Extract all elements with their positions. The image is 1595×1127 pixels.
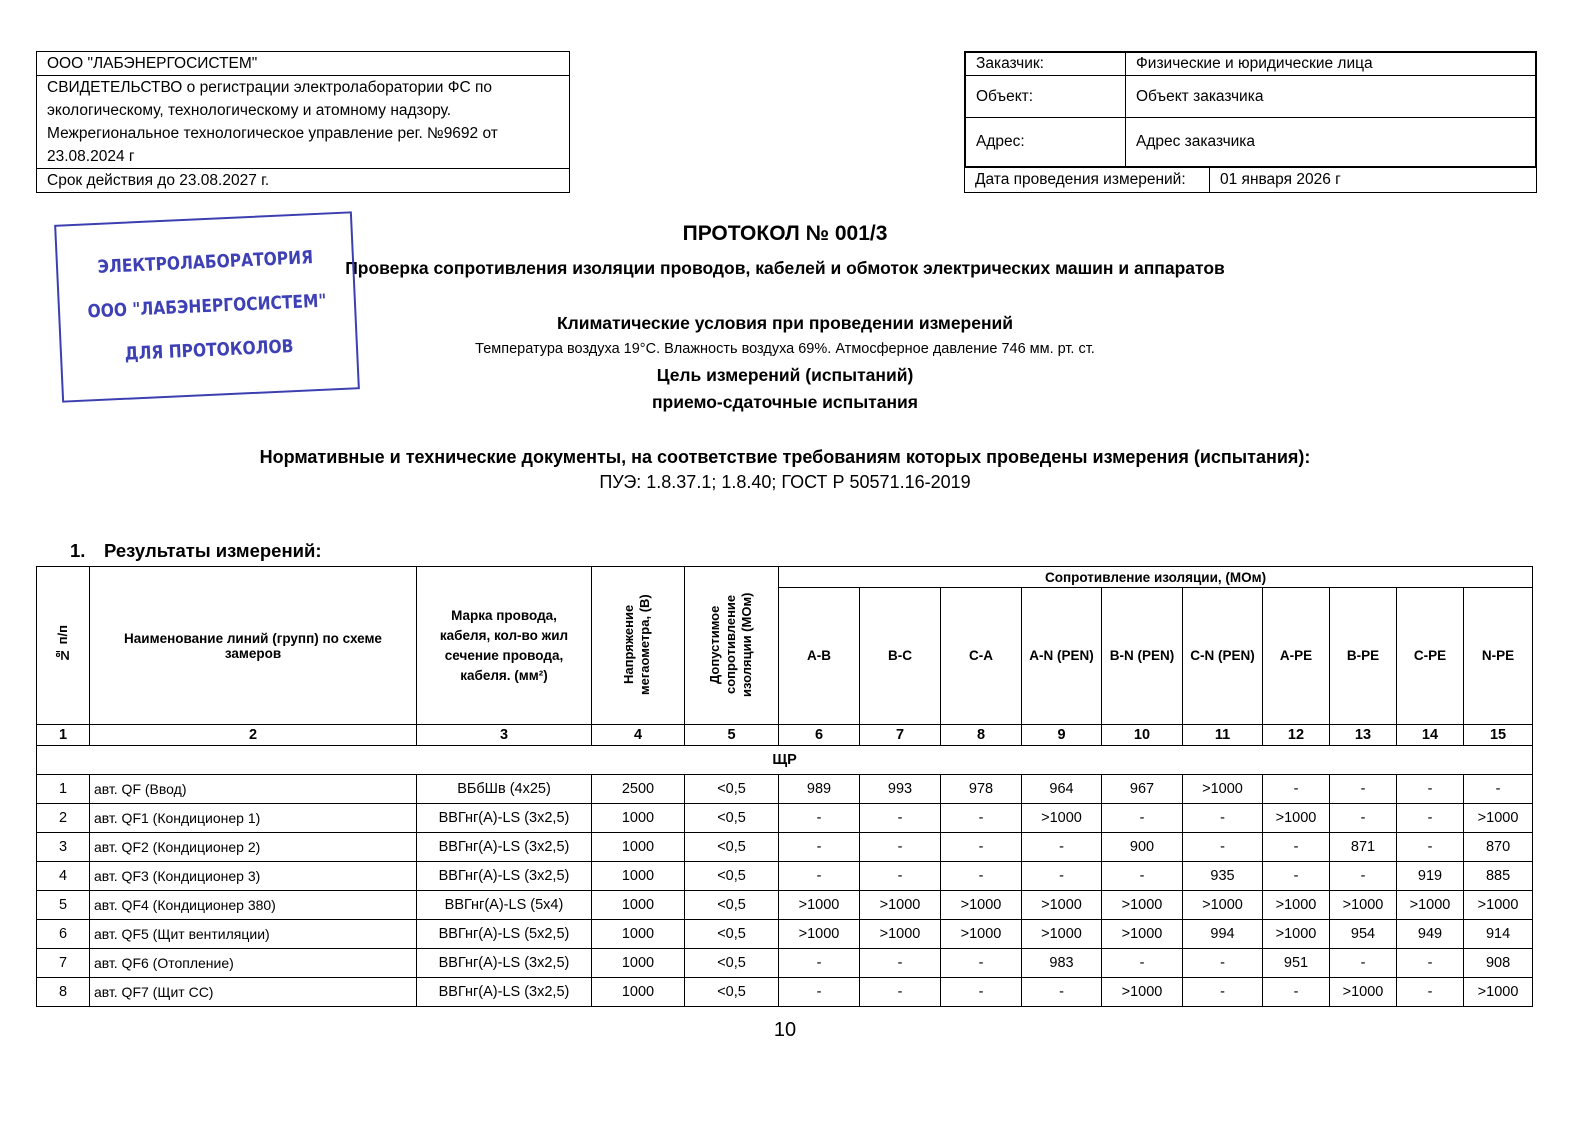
- resistance-value: -: [1263, 978, 1330, 1007]
- resistance-value: -: [860, 949, 941, 978]
- resistance-value: -: [779, 804, 860, 833]
- table-row: 2авт. QF1 (Кондиционер 1)ВВГнг(А)-LS (3х…: [37, 804, 1533, 833]
- normative-heading: Нормативные и технические документы, на …: [0, 447, 1570, 468]
- group-label: ЩР: [37, 746, 1533, 775]
- normative-text: ПУЭ: 1.8.37.1; 1.8.40; ГОСТ Р 50571.16-2…: [0, 472, 1570, 493]
- line-name: авт. QF (Ввод): [90, 775, 417, 804]
- resistance-value: >1000: [1263, 891, 1330, 920]
- resistance-value: -: [779, 978, 860, 1007]
- resistance-value: -: [1330, 775, 1397, 804]
- resistance-value: 908: [1464, 949, 1533, 978]
- org-certificate: СВИДЕТЕЛЬСТВО о регистрации электролабор…: [37, 75, 569, 168]
- customer-value: Физические и юридические лица: [1126, 53, 1536, 76]
- line-name: авт. QF6 (Отопление): [90, 949, 417, 978]
- resistance-value: -: [1022, 833, 1102, 862]
- resistance-value: >1000: [1022, 920, 1102, 949]
- column-number: 11: [1183, 725, 1263, 746]
- header-phase: A-PE: [1263, 588, 1330, 725]
- resistance-value: >1000: [1102, 920, 1183, 949]
- line-name: авт. QF5 (Щит вентиляции): [90, 920, 417, 949]
- megohmmeter-voltage: 1000: [592, 920, 685, 949]
- row-number: 8: [37, 978, 90, 1007]
- org-name: ООО "ЛАБЭНЕРГОСИСТЕМ": [37, 52, 569, 75]
- resistance-value: >1000: [1263, 804, 1330, 833]
- resistance-value: -: [1330, 949, 1397, 978]
- header-phase: C-PE: [1397, 588, 1464, 725]
- resistance-value: -: [1397, 775, 1464, 804]
- column-number: 14: [1397, 725, 1464, 746]
- resistance-value: -: [1263, 775, 1330, 804]
- header-phase: B-C: [860, 588, 941, 725]
- resistance-value: -: [779, 862, 860, 891]
- column-number: 2: [90, 725, 417, 746]
- row-number: 2: [37, 804, 90, 833]
- allowed-resistance: <0,5: [685, 804, 779, 833]
- cable-brand: ВВГнг(А)-LS (5х2,5): [417, 920, 592, 949]
- column-number: 3: [417, 725, 592, 746]
- resistance-value: -: [1397, 804, 1464, 833]
- cable-brand: ВБбШв (4х25): [417, 775, 592, 804]
- line-name: авт. QF4 (Кондиционер 380): [90, 891, 417, 920]
- resistance-value: 951: [1263, 949, 1330, 978]
- cable-brand: ВВГнг(А)-LS (3х2,5): [417, 978, 592, 1007]
- resistance-value: 994: [1183, 920, 1263, 949]
- resistance-value: >1000: [1464, 804, 1533, 833]
- org-validity: Срок действия до 23.08.2027 г.: [37, 168, 569, 192]
- section-number: 1.: [70, 540, 104, 562]
- resistance-value: >1000: [1263, 920, 1330, 949]
- resistance-value: -: [941, 978, 1022, 1007]
- address-value: Адрес заказчика: [1126, 118, 1536, 167]
- resistance-value: -: [1102, 862, 1183, 891]
- resistance-value: 900: [1102, 833, 1183, 862]
- resistance-value: >1000: [779, 920, 860, 949]
- megohmmeter-voltage: 1000: [592, 804, 685, 833]
- header-phase: N-PE: [1464, 588, 1533, 725]
- resistance-value: -: [1397, 949, 1464, 978]
- row-number: 7: [37, 949, 90, 978]
- table-row: 3авт. QF2 (Кондиционер 2)ВВГнг(А)-LS (3х…: [37, 833, 1533, 862]
- resistance-value: >1000: [1022, 891, 1102, 920]
- header-phase: A-N (PEN): [1022, 588, 1102, 725]
- organization-info-box: ООО "ЛАБЭНЕРГОСИСТЕМ" СВИДЕТЕЛЬСТВО о ре…: [36, 51, 570, 193]
- resistance-value: -: [941, 949, 1022, 978]
- section-title-text: Результаты измерений:: [104, 540, 322, 561]
- resistance-value: >1000: [779, 891, 860, 920]
- allowed-resistance: <0,5: [685, 978, 779, 1007]
- resistance-value: >1000: [1330, 891, 1397, 920]
- allowed-resistance: <0,5: [685, 920, 779, 949]
- date-value: 01 января 2026 г: [1210, 171, 1351, 189]
- resistance-value: -: [779, 949, 860, 978]
- resistance-value: -: [1464, 775, 1533, 804]
- column-number: 7: [860, 725, 941, 746]
- resistance-value: 919: [1397, 862, 1464, 891]
- resistance-value: 935: [1183, 862, 1263, 891]
- row-number: 3: [37, 833, 90, 862]
- allowed-resistance: <0,5: [685, 833, 779, 862]
- resistance-value: -: [1183, 978, 1263, 1007]
- allowed-resistance: <0,5: [685, 862, 779, 891]
- resistance-value: 885: [1464, 862, 1533, 891]
- header-phase: C-A: [941, 588, 1022, 725]
- cable-brand: ВВГнг(А)-LS (3х2,5): [417, 833, 592, 862]
- resistance-value: >1000: [1397, 891, 1464, 920]
- resistance-value: -: [941, 862, 1022, 891]
- resistance-value: -: [1330, 862, 1397, 891]
- cable-brand: ВВГнг(А)-LS (5х4): [417, 891, 592, 920]
- header-phase: B-PE: [1330, 588, 1397, 725]
- date-label: Дата проведения измерений:: [965, 168, 1210, 192]
- goal-text: приемо-сдаточные испытания: [0, 392, 1570, 413]
- page-number: 10: [0, 1019, 1570, 1042]
- resistance-value: >1000: [860, 920, 941, 949]
- cable-brand: ВВГнг(А)-LS (3х2,5): [417, 804, 592, 833]
- resistance-value: >1000: [941, 920, 1022, 949]
- resistance-value: >1000: [860, 891, 941, 920]
- object-label: Объект:: [966, 76, 1126, 118]
- header-resistance-group: Сопротивление изоляции, (МОм): [779, 567, 1533, 588]
- resistance-value: >1000: [1330, 978, 1397, 1007]
- column-number: 8: [941, 725, 1022, 746]
- resistance-value: >1000: [1102, 891, 1183, 920]
- header-phase: C-N (PEN): [1183, 588, 1263, 725]
- megohmmeter-voltage: 1000: [592, 978, 685, 1007]
- resistance-value: -: [1183, 949, 1263, 978]
- resistance-value: -: [860, 862, 941, 891]
- allowed-resistance: <0,5: [685, 775, 779, 804]
- resistance-value: 967: [1102, 775, 1183, 804]
- column-number: 13: [1330, 725, 1397, 746]
- line-name: авт. QF3 (Кондиционер 3): [90, 862, 417, 891]
- megohmmeter-voltage: 1000: [592, 949, 685, 978]
- table-row: 7авт. QF6 (Отопление)ВВГнг(А)-LS (3х2,5)…: [37, 949, 1533, 978]
- resistance-value: 989: [779, 775, 860, 804]
- resistance-value: -: [1263, 862, 1330, 891]
- resistance-value: -: [1397, 978, 1464, 1007]
- resistance-value: >1000: [941, 891, 1022, 920]
- row-number: 5: [37, 891, 90, 920]
- header-phase: A-B: [779, 588, 860, 725]
- laboratory-stamp: ЭЛЕКТРОЛАБОРАТОРИЯ ООО "ЛАБЭНЕРГОСИСТЕМ"…: [54, 211, 360, 402]
- header-allowed-resistance: Допустимое сопротивление изоляции (МОм): [685, 567, 779, 725]
- megohmmeter-voltage: 2500: [592, 775, 685, 804]
- column-number: 9: [1022, 725, 1102, 746]
- table-row: 1авт. QF (Ввод)ВБбШв (4х25)2500<0,598999…: [37, 775, 1533, 804]
- allowed-resistance: <0,5: [685, 949, 779, 978]
- column-number: 15: [1464, 725, 1533, 746]
- table-row: 6авт. QF5 (Щит вентиляции)ВВГнг(А)-LS (5…: [37, 920, 1533, 949]
- resistance-value: -: [1263, 833, 1330, 862]
- address-label: Адрес:: [966, 118, 1126, 167]
- object-value: Объект заказчика: [1126, 76, 1536, 118]
- resistance-value: -: [1022, 978, 1102, 1007]
- resistance-value: -: [1397, 833, 1464, 862]
- resistance-value: 964: [1022, 775, 1102, 804]
- resistance-value: 871: [1330, 833, 1397, 862]
- resistance-value: >1000: [1022, 804, 1102, 833]
- resistance-value: 949: [1397, 920, 1464, 949]
- table-row: 8авт. QF7 (Щит СС)ВВГнг(А)-LS (3х2,5)100…: [37, 978, 1533, 1007]
- column-number: 12: [1263, 725, 1330, 746]
- resistance-value: -: [1330, 804, 1397, 833]
- resistance-value: 954: [1330, 920, 1397, 949]
- resistance-value: 870: [1464, 833, 1533, 862]
- resistance-value: >1000: [1464, 978, 1533, 1007]
- resistance-value: -: [1022, 862, 1102, 891]
- resistance-value: -: [1102, 804, 1183, 833]
- column-number: 5: [685, 725, 779, 746]
- table-row: 5авт. QF4 (Кондиционер 380)ВВГнг(А)-LS (…: [37, 891, 1533, 920]
- resistance-value: -: [860, 978, 941, 1007]
- resistance-value: 978: [941, 775, 1022, 804]
- stamp-line-3: ДЛЯ ПРОТОКОЛОВ: [124, 325, 295, 377]
- column-number: 1: [37, 725, 90, 746]
- row-number: 6: [37, 920, 90, 949]
- column-number: 10: [1102, 725, 1183, 746]
- row-number: 1: [37, 775, 90, 804]
- table-row: 4авт. QF3 (Кондиционер 3)ВВГнг(А)-LS (3х…: [37, 862, 1533, 891]
- allowed-resistance: <0,5: [685, 891, 779, 920]
- resistance-value: >1000: [1464, 891, 1533, 920]
- resistance-value: >1000: [1102, 978, 1183, 1007]
- cable-brand: ВВГнг(А)-LS (3х2,5): [417, 949, 592, 978]
- header-cable: Марка провода, кабеля, кол-во жил сечени…: [417, 567, 592, 725]
- resistance-value: 983: [1022, 949, 1102, 978]
- column-number: 6: [779, 725, 860, 746]
- results-table: № п/п Наименование линий (групп) по схем…: [36, 566, 1533, 1007]
- resistance-value: -: [860, 804, 941, 833]
- header-voltage: Напряжение мегаометра, (В): [592, 567, 685, 725]
- resistance-value: -: [1183, 804, 1263, 833]
- resistance-value: 914: [1464, 920, 1533, 949]
- resistance-value: -: [779, 833, 860, 862]
- resistance-value: -: [860, 833, 941, 862]
- header-phase: B-N (PEN): [1102, 588, 1183, 725]
- resistance-value: -: [941, 804, 1022, 833]
- resistance-value: -: [1102, 949, 1183, 978]
- line-name: авт. QF2 (Кондиционер 2): [90, 833, 417, 862]
- row-number: 4: [37, 862, 90, 891]
- resistance-value: >1000: [1183, 775, 1263, 804]
- resistance-value: 993: [860, 775, 941, 804]
- line-name: авт. QF1 (Кондиционер 1): [90, 804, 417, 833]
- megohmmeter-voltage: 1000: [592, 891, 685, 920]
- customer-label: Заказчик:: [966, 53, 1126, 76]
- resistance-value: -: [1183, 833, 1263, 862]
- line-name: авт. QF7 (Щит СС): [90, 978, 417, 1007]
- megohmmeter-voltage: 1000: [592, 862, 685, 891]
- megohmmeter-voltage: 1000: [592, 833, 685, 862]
- resistance-value: -: [941, 833, 1022, 862]
- cable-brand: ВВГнг(А)-LS (3х2,5): [417, 862, 592, 891]
- column-number-row: 123456789101112131415: [37, 725, 1533, 746]
- client-info-box: Заказчик: Физические и юридические лица …: [964, 51, 1537, 193]
- section-title: 1.Результаты измерений:: [70, 540, 322, 562]
- resistance-value: >1000: [1183, 891, 1263, 920]
- column-number: 4: [592, 725, 685, 746]
- header-line-name: Наименование линий (групп) по схеме заме…: [90, 567, 417, 725]
- header-num: № п/п: [37, 567, 90, 725]
- measurement-date-row: Дата проведения измерений: 01 января 202…: [965, 167, 1536, 192]
